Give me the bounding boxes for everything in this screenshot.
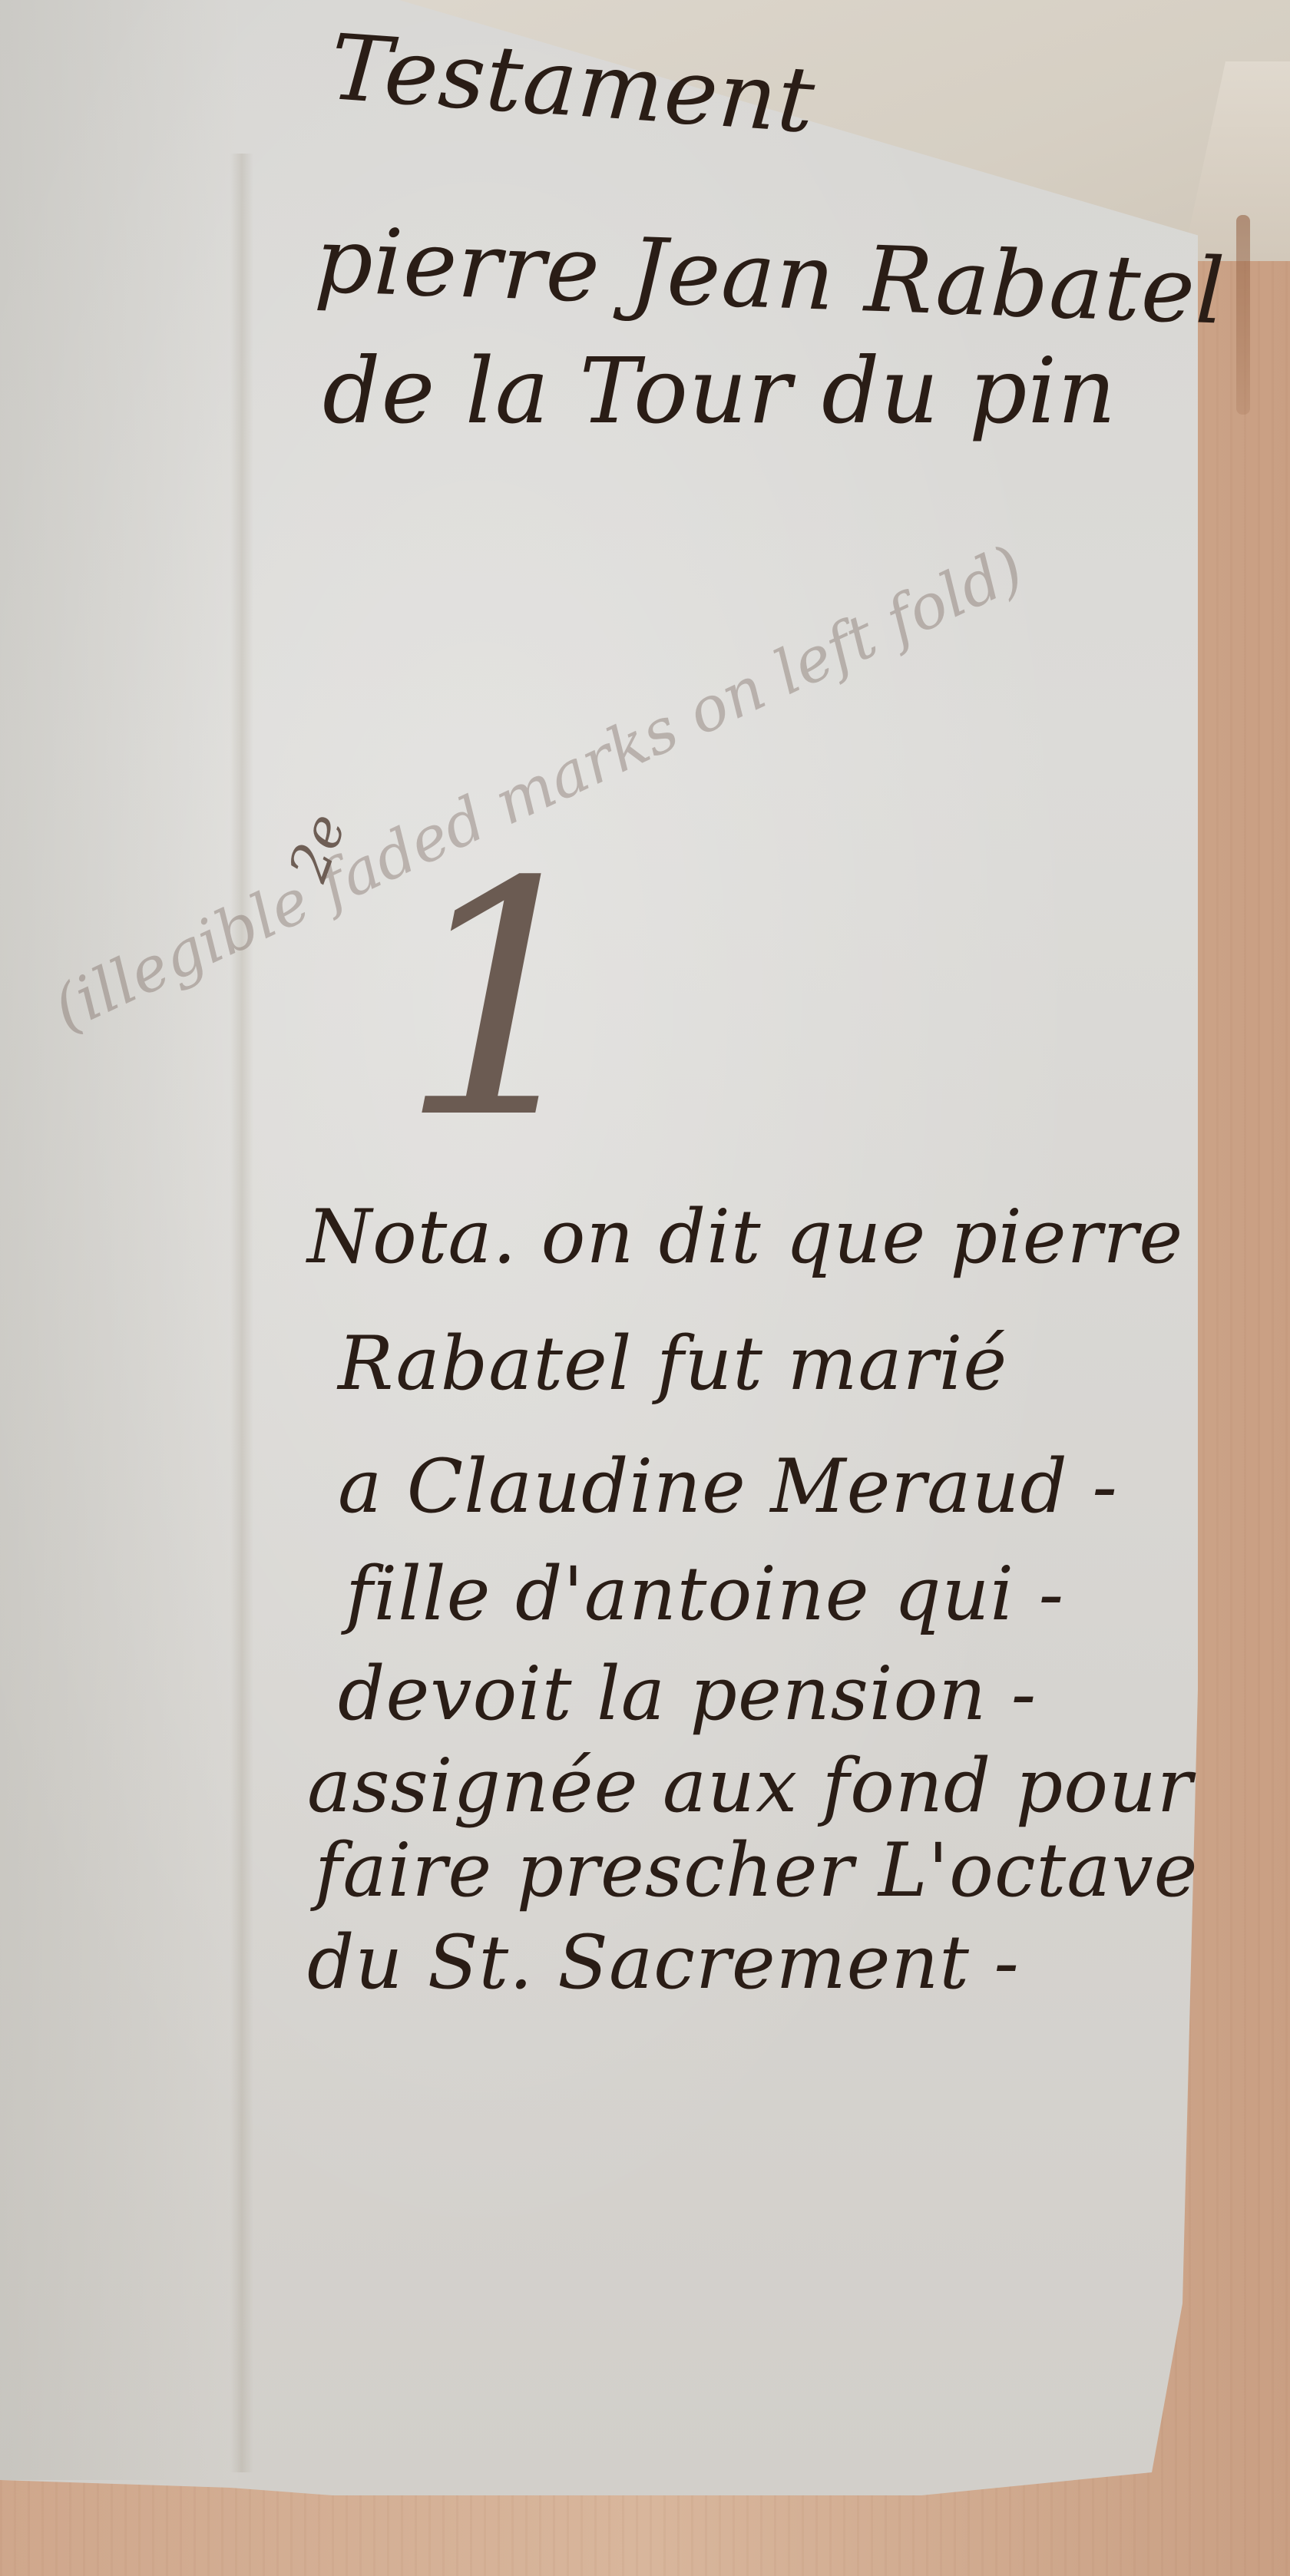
left-fold-panel [0,0,238,2480]
edge-stain [1236,215,1250,415]
folio-number: 1 [399,814,604,1189]
body-line-5: devoit la pension - [338,1651,1037,1737]
body-line-6: assignée aux fond pour [307,1743,1193,1829]
body-line-3: a Claudine Meraud - [338,1443,1118,1529]
body-line-4: fille d'antoine qui - [346,1551,1064,1637]
heading-line-3: de la Tour du pin [322,338,1116,444]
body-line-7: faire prescher L'octave [315,1827,1198,1913]
fold-crease [230,154,253,2472]
body-line-2: Rabatel fut marié [338,1321,1007,1407]
body-line-8: du St. Sacrement - [307,1920,1020,2006]
body-line-1: Nota. on dit que pierre [307,1194,1183,1280]
